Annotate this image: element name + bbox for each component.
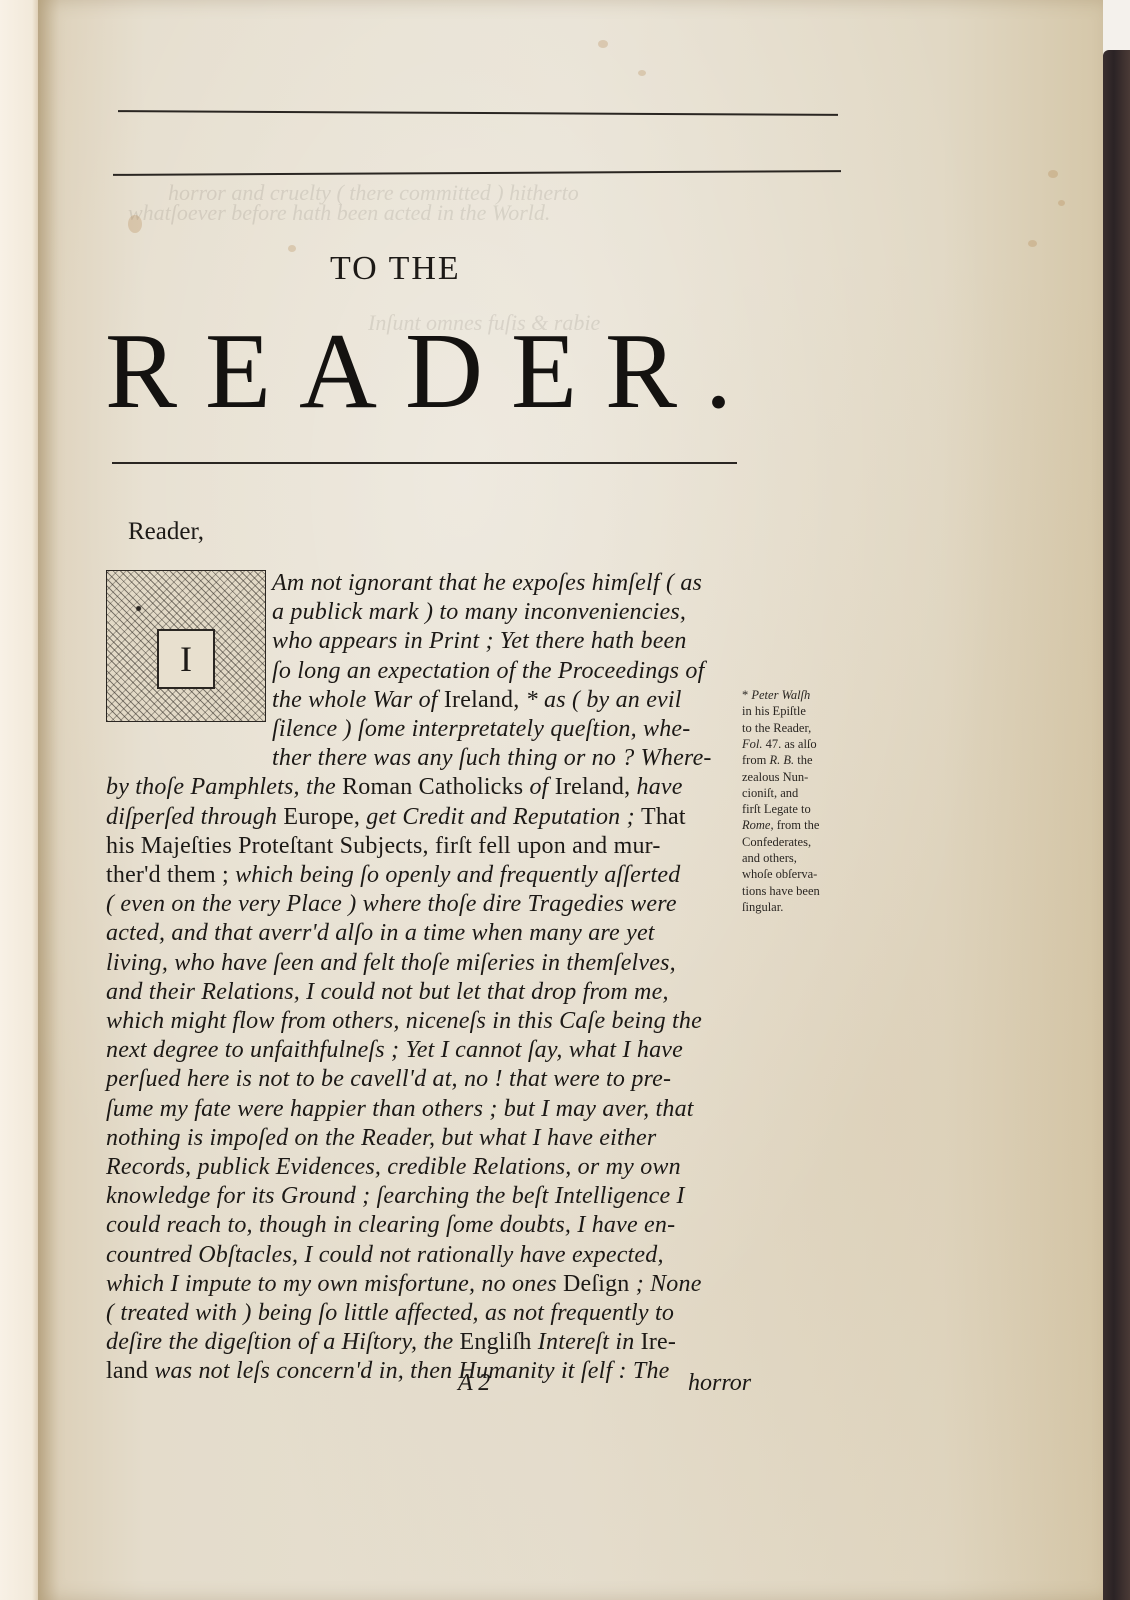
- foxing-stain: [128, 215, 142, 233]
- marginal-note-line: ſingular.: [742, 900, 783, 915]
- text-line: which I impute to my own misfortune, no …: [106, 1271, 734, 1298]
- ornamental-drop-cap: I: [106, 570, 266, 722]
- text-line: ( even on the very Place ) where thoſe d…: [106, 891, 734, 918]
- text-line: Records, publick Evidences, credible Rel…: [106, 1154, 734, 1181]
- text-line: perſued here is not to be cavell'd at, n…: [106, 1066, 734, 1093]
- text-line: Am not ignorant that he expoſes himſelf …: [272, 570, 734, 597]
- marginal-note-line: Rome, from the: [742, 818, 819, 833]
- marginal-note-line: to the Reader,: [742, 721, 811, 736]
- foxing-stain: [638, 70, 646, 76]
- foxing-stain: [598, 40, 608, 48]
- show-through-text: whatſoever before hath been acted in the…: [128, 200, 550, 226]
- text-line: next degree to unfaithfulneſs ; Yet I ca…: [106, 1037, 734, 1064]
- text-line: ther there was any ſuch thing or no ? Wh…: [272, 745, 734, 772]
- salutation: Reader,: [128, 518, 204, 546]
- marginal-note-line: and others,: [742, 851, 797, 866]
- text-line: living, who have ſeen and felt thoſe miſ…: [106, 950, 734, 977]
- text-line: ther'd them ; which being ſo openly and …: [106, 862, 734, 889]
- catchword: horror: [688, 1370, 751, 1397]
- text-line: ſilence ) ſome interpretately queſtion, …: [272, 716, 734, 743]
- book-binding: [1103, 50, 1130, 1600]
- foxing-stain: [1048, 170, 1058, 178]
- text-line: diſperſed through Europe, get Credit and…: [106, 804, 734, 831]
- text-line: acted, and that averr'd alſo in a time w…: [106, 920, 734, 947]
- marginal-note-line: from R. B. the: [742, 753, 813, 768]
- heading-reader: READER.: [105, 318, 760, 426]
- text-line: land was not leſs concern'd in, then Hum…: [106, 1358, 734, 1385]
- background: [1103, 0, 1130, 50]
- text-line: which might flow from others, niceneſs i…: [106, 1008, 734, 1035]
- text-line: his Majeſties Proteſtant Subjects, firſt…: [106, 833, 734, 860]
- marginal-note-line: cioniſt, and: [742, 786, 798, 801]
- text-line: a publick mark ) to many inconveniencies…: [272, 599, 734, 626]
- facing-page-edge: [0, 0, 40, 1600]
- text-line: the whole War of Ireland, * as ( by an e…: [272, 687, 734, 714]
- text-line: deſire the digeſtion of a Hiſtory, the E…: [106, 1329, 734, 1356]
- text-line: could reach to, though in clearing ſome …: [106, 1212, 734, 1239]
- marginal-note-line: tions have been: [742, 884, 820, 899]
- marginal-note-line: Fol. 47. as alſo: [742, 737, 817, 752]
- header-rule-bottom: [112, 462, 737, 464]
- text-line: who appears in Print ; Yet there hath be…: [272, 628, 734, 655]
- text-line: nothing is impoſed on the Reader, but wh…: [106, 1125, 734, 1152]
- text-line: by thoſe Pamphlets, the Roman Catholicks…: [106, 774, 734, 801]
- heading-to-the: TO THE: [330, 250, 461, 288]
- marginal-note-line: firſt Legate to: [742, 802, 811, 817]
- marginal-note-line: in his Epiſtle: [742, 704, 806, 719]
- text-line: knowledge for its Ground ; ſearching the…: [106, 1183, 734, 1210]
- text-line: ( treated with ) being ſo little affecte…: [106, 1300, 734, 1327]
- marginal-note-line: zealous Nun-: [742, 770, 808, 785]
- marginal-note-line: whoſe obſerva-: [742, 867, 817, 882]
- drop-cap-letter: I: [157, 629, 215, 689]
- foxing-stain: [1028, 240, 1037, 247]
- marginal-note-line: * Peter Walſh: [742, 688, 810, 703]
- foxing-stain: [1058, 200, 1065, 206]
- signature-mark: A 2: [458, 1370, 490, 1397]
- text-line: countred Obſtacles, I could not rational…: [106, 1242, 734, 1269]
- foxing-stain: [288, 245, 296, 252]
- marginal-note-line: Confederates,: [742, 835, 811, 850]
- text-line: ſume my fate were happier than others ; …: [106, 1096, 734, 1123]
- text-line: and their Relations, I could not but let…: [106, 979, 734, 1006]
- text-line: ſo long an expectation of the Proceeding…: [272, 658, 734, 685]
